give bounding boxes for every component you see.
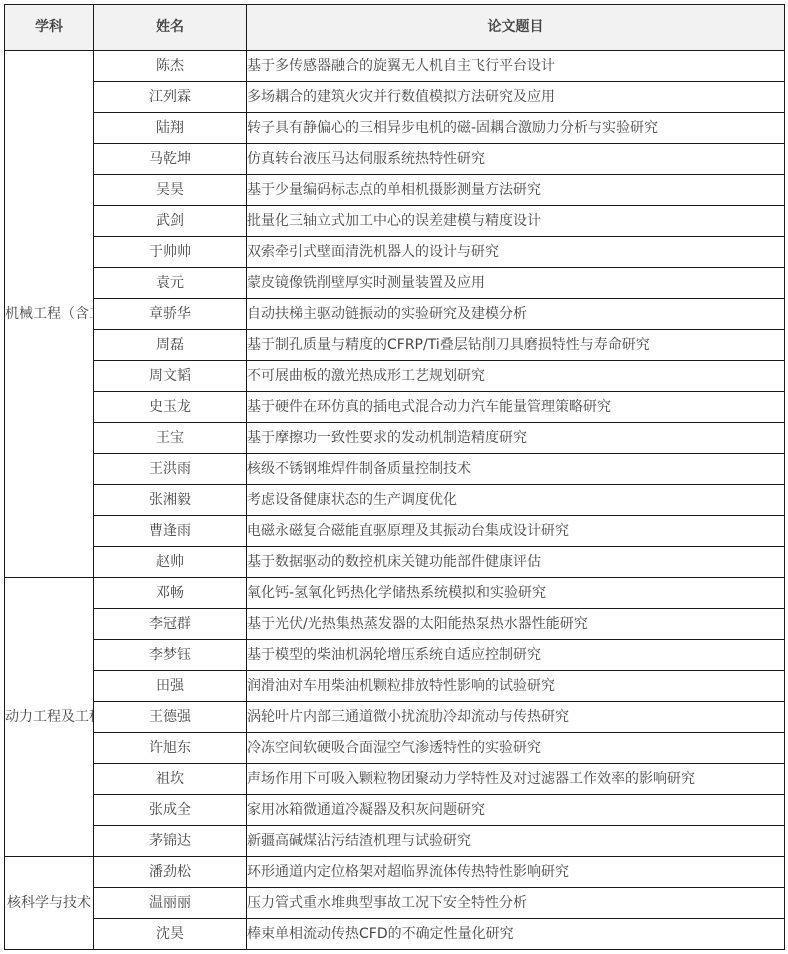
table-row: 温丽丽压力管式重水堆典型事故工况下安全特性分析 xyxy=(5,888,785,919)
name-cell: 田强 xyxy=(94,671,247,702)
title-cell: 环形通道内定位格架对超临界流体传热特性影响研究 xyxy=(247,857,785,888)
table-row: 吴昊基于少量编码标志点的单相机摄影测量方法研究 xyxy=(5,175,785,206)
title-cell: 转子具有静偏心的三相异步电机的磁-固耦合激励力分析与实验研究 xyxy=(247,113,785,144)
name-cell: 周文韬 xyxy=(94,361,247,392)
table-row: 袁元蒙皮镜像铣削壁厚实时测量装置及应用 xyxy=(5,268,785,299)
header-row: 学科 姓名 论文题目 xyxy=(5,5,785,51)
title-cell: 不可展曲板的激光热成形工艺规划研究 xyxy=(247,361,785,392)
name-cell: 张成全 xyxy=(94,795,247,826)
name-cell: 于帅帅 xyxy=(94,237,247,268)
title-cell: 基于数据驱动的数控机床关键功能部件健康评估 xyxy=(247,547,785,578)
header-subject: 学科 xyxy=(5,5,94,51)
table-row: 李冠群基于光伏/光热集热蒸发器的太阳能热泵热水器性能研究 xyxy=(5,609,785,640)
title-cell: 家用冰箱微通道冷凝器及积灰问题研究 xyxy=(247,795,785,826)
name-cell: 赵帅 xyxy=(94,547,247,578)
name-cell: 王宝 xyxy=(94,423,247,454)
name-cell: 武剑 xyxy=(94,206,247,237)
table-row: 章骄华自动扶梯主驱动链振动的实验研究及建模分析 xyxy=(5,299,785,330)
subject-cell: 核科学与技术 xyxy=(5,857,94,950)
table-row: 核科学与技术潘劲松环形通道内定位格架对超临界流体传热特性影响研究 xyxy=(5,857,785,888)
name-cell: 茅锦达 xyxy=(94,826,247,857)
name-cell: 李梦钰 xyxy=(94,640,247,671)
table-row: 马乾坤仿真转台液压马达伺服系统热特性研究 xyxy=(5,144,785,175)
table-row: 祖坎声场作用下可吸入颗粒物团聚动力学特性及对过滤器工作效率的影响研究 xyxy=(5,764,785,795)
table-row: 许旭东冷冻空间软硬吸合面湿空气渗透特性的实验研究 xyxy=(5,733,785,764)
header-title: 论文题目 xyxy=(247,5,785,51)
table-row: 江列霖多场耦合的建筑火灾并行数值模拟方法研究及应用 xyxy=(5,82,785,113)
title-cell: 多场耦合的建筑火灾并行数值模拟方法研究及应用 xyxy=(247,82,785,113)
table-row: 赵帅基于数据驱动的数控机床关键功能部件健康评估 xyxy=(5,547,785,578)
name-cell: 李冠群 xyxy=(94,609,247,640)
table-row: 张湘毅考虑设备健康状态的生产调度优化 xyxy=(5,485,785,516)
table-row: 王洪雨核级不锈钢堆焊件制备质量控制技术 xyxy=(5,454,785,485)
title-cell: 基于制孔质量与精度的CFRP/Ti叠层钻削刀具磨损特性与寿命研究 xyxy=(247,330,785,361)
title-cell: 氧化钙-氢氧化钙热化学储热系统模拟和实验研究 xyxy=(247,578,785,609)
table-row: 周文韬不可展曲板的激光热成形工艺规划研究 xyxy=(5,361,785,392)
title-cell: 棒束单相流动传热CFD的不确定性量化研究 xyxy=(247,919,785,950)
name-cell: 陆翔 xyxy=(94,113,247,144)
name-cell: 王德强 xyxy=(94,702,247,733)
table-row: 于帅帅双索牵引式壁面清洗机器人的设计与研究 xyxy=(5,237,785,268)
name-cell: 潘劲松 xyxy=(94,857,247,888)
title-cell: 基于多传感器融合的旋翼无人机自主飞行平台设计 xyxy=(247,51,785,82)
title-cell: 仿真转台液压马达伺服系统热特性研究 xyxy=(247,144,785,175)
table-row: 陆翔转子具有静偏心的三相异步电机的磁-固耦合激励力分析与实验研究 xyxy=(5,113,785,144)
name-cell: 吴昊 xyxy=(94,175,247,206)
subject-cell: 机械工程（含工业工程） xyxy=(5,51,94,578)
title-cell: 基于少量编码标志点的单相机摄影测量方法研究 xyxy=(247,175,785,206)
title-cell: 考虑设备健康状态的生产调度优化 xyxy=(247,485,785,516)
name-cell: 温丽丽 xyxy=(94,888,247,919)
title-cell: 润滑油对车用柴油机颗粒排放特性影响的试验研究 xyxy=(247,671,785,702)
thesis-table: 学科 姓名 论文题目 机械工程（含工业工程）陈杰基于多传感器融合的旋翼无人机自主… xyxy=(4,4,785,950)
table-row: 周磊基于制孔质量与精度的CFRP/Ti叠层钻削刀具磨损特性与寿命研究 xyxy=(5,330,785,361)
table-header: 学科 姓名 论文题目 xyxy=(5,5,785,51)
table-row: 王宝基于摩擦功一致性要求的发动机制造精度研究 xyxy=(5,423,785,454)
table-row: 曹逢雨电磁永磁复合磁能直驱原理及其振动台集成设计研究 xyxy=(5,516,785,547)
title-cell: 基于光伏/光热集热蒸发器的太阳能热泵热水器性能研究 xyxy=(247,609,785,640)
name-cell: 袁元 xyxy=(94,268,247,299)
table-body: 机械工程（含工业工程）陈杰基于多传感器融合的旋翼无人机自主飞行平台设计江列霖多场… xyxy=(5,51,785,950)
name-cell: 章骄华 xyxy=(94,299,247,330)
name-cell: 陈杰 xyxy=(94,51,247,82)
subject-cell: 动力工程及工程热物理 xyxy=(5,578,94,857)
name-cell: 王洪雨 xyxy=(94,454,247,485)
name-cell: 曹逢雨 xyxy=(94,516,247,547)
title-cell: 声场作用下可吸入颗粒物团聚动力学特性及对过滤器工作效率的影响研究 xyxy=(247,764,785,795)
name-cell: 马乾坤 xyxy=(94,144,247,175)
table-row: 李梦钰基于模型的柴油机涡轮增压系统自适应控制研究 xyxy=(5,640,785,671)
title-cell: 涡轮叶片内部三通道微小扰流肋冷却流动与传热研究 xyxy=(247,702,785,733)
title-cell: 基于硬件在环仿真的插电式混合动力汽车能量管理策略研究 xyxy=(247,392,785,423)
table-row: 史玉龙基于硬件在环仿真的插电式混合动力汽车能量管理策略研究 xyxy=(5,392,785,423)
table-row: 张成全家用冰箱微通道冷凝器及积灰问题研究 xyxy=(5,795,785,826)
title-cell: 基于模型的柴油机涡轮增压系统自适应控制研究 xyxy=(247,640,785,671)
name-cell: 邓畅 xyxy=(94,578,247,609)
table-row: 沈昊棒束单相流动传热CFD的不确定性量化研究 xyxy=(5,919,785,950)
table-container: 学科 姓名 论文题目 机械工程（含工业工程）陈杰基于多传感器融合的旋翼无人机自主… xyxy=(4,4,785,950)
header-name: 姓名 xyxy=(94,5,247,51)
title-cell: 批量化三轴立式加工中心的误差建模与精度设计 xyxy=(247,206,785,237)
table-row: 茅锦达新疆高碱煤沾污结渣机理与试验研究 xyxy=(5,826,785,857)
title-cell: 冷冻空间软硬吸合面湿空气渗透特性的实验研究 xyxy=(247,733,785,764)
title-cell: 新疆高碱煤沾污结渣机理与试验研究 xyxy=(247,826,785,857)
title-cell: 核级不锈钢堆焊件制备质量控制技术 xyxy=(247,454,785,485)
name-cell: 张湘毅 xyxy=(94,485,247,516)
title-cell: 压力管式重水堆典型事故工况下安全特性分析 xyxy=(247,888,785,919)
table-row: 机械工程（含工业工程）陈杰基于多传感器融合的旋翼无人机自主飞行平台设计 xyxy=(5,51,785,82)
title-cell: 电磁永磁复合磁能直驱原理及其振动台集成设计研究 xyxy=(247,516,785,547)
title-cell: 自动扶梯主驱动链振动的实验研究及建模分析 xyxy=(247,299,785,330)
name-cell: 史玉龙 xyxy=(94,392,247,423)
title-cell: 蒙皮镜像铣削壁厚实时测量装置及应用 xyxy=(247,268,785,299)
name-cell: 江列霖 xyxy=(94,82,247,113)
name-cell: 沈昊 xyxy=(94,919,247,950)
title-cell: 双索牵引式壁面清洗机器人的设计与研究 xyxy=(247,237,785,268)
title-cell: 基于摩擦功一致性要求的发动机制造精度研究 xyxy=(247,423,785,454)
table-row: 武剑批量化三轴立式加工中心的误差建模与精度设计 xyxy=(5,206,785,237)
table-row: 王德强涡轮叶片内部三通道微小扰流肋冷却流动与传热研究 xyxy=(5,702,785,733)
table-row: 动力工程及工程热物理邓畅氧化钙-氢氧化钙热化学储热系统模拟和实验研究 xyxy=(5,578,785,609)
name-cell: 许旭东 xyxy=(94,733,247,764)
name-cell: 祖坎 xyxy=(94,764,247,795)
name-cell: 周磊 xyxy=(94,330,247,361)
table-row: 田强润滑油对车用柴油机颗粒排放特性影响的试验研究 xyxy=(5,671,785,702)
